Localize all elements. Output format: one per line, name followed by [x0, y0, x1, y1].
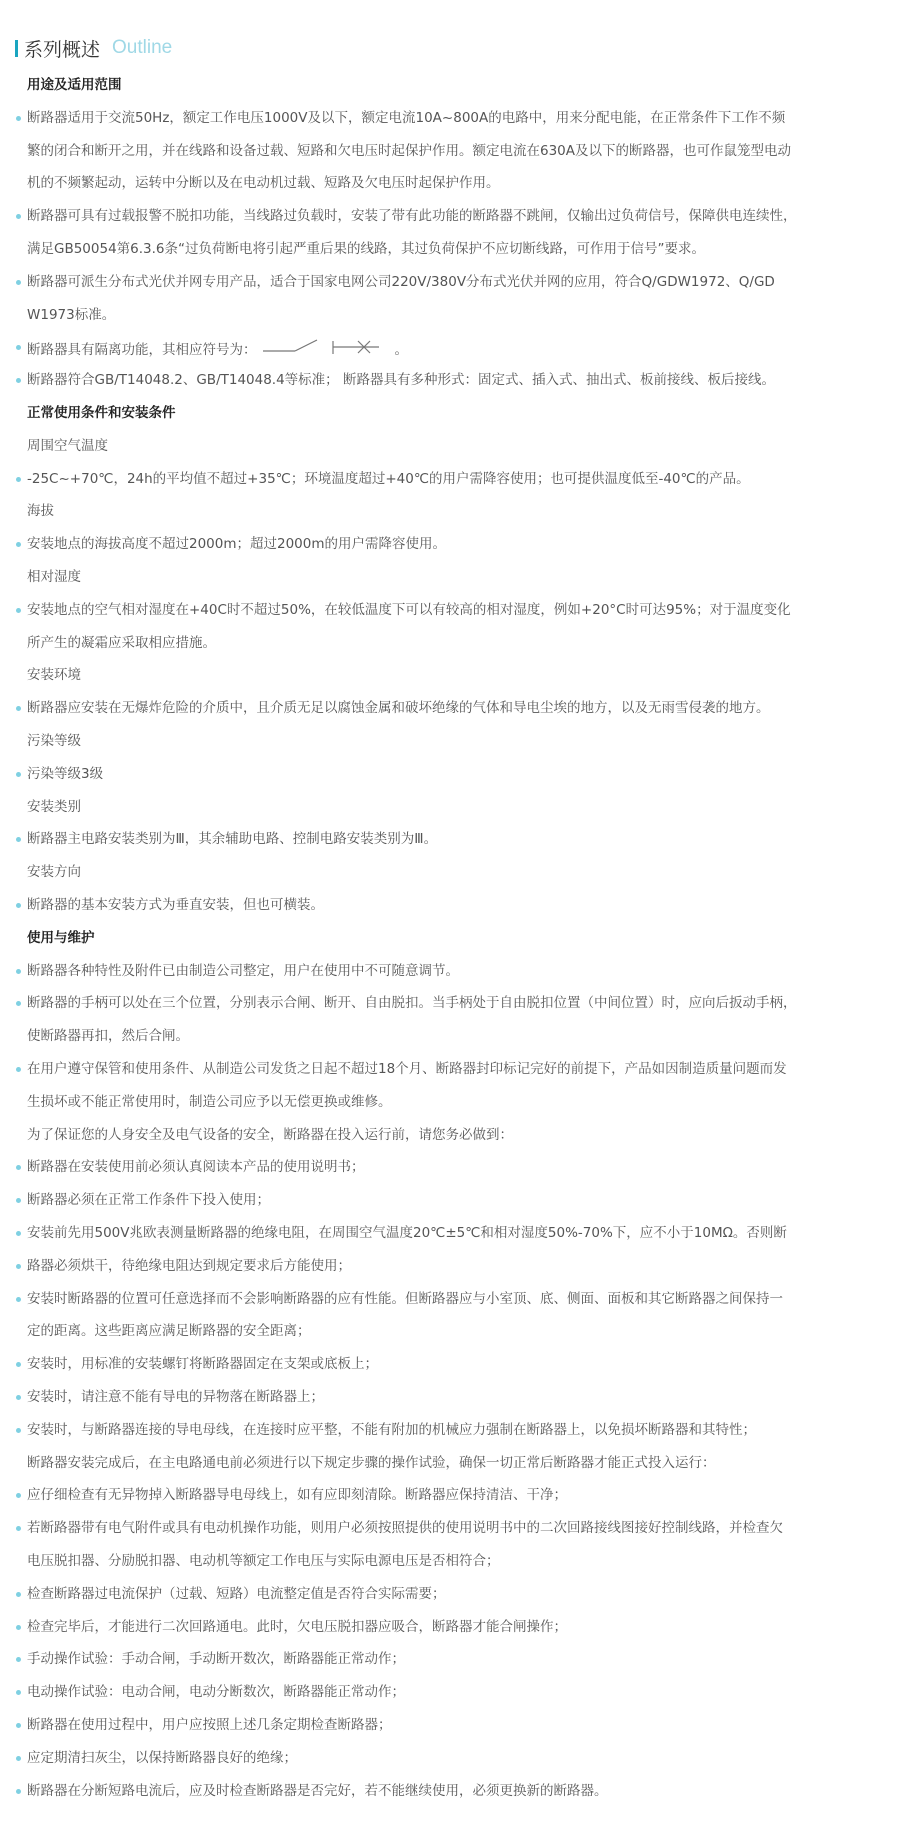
- bullet-item: 安装前先用500V兆欧表测量断路器的绝缘电阻，在周围空气温度20℃±5℃和相对湿…: [27, 1223, 847, 1243]
- bullet-item: 断路器可派生分布式光伏并网专用产品，适合于国家电网公司220V/380V分布式光…: [27, 272, 847, 292]
- section-heading: 使用与维护: [27, 928, 847, 948]
- bullet-item: 检查完毕后，才能进行二次回路通电。此时，欠电压脱扣器应吸合，断路器才能合闸操作；: [27, 1617, 847, 1637]
- title-accent-bar: [15, 40, 18, 57]
- bullet-continuation: 生损坏或不能正常使用时，制造公司应予以无偿更换或维修。: [27, 1092, 847, 1112]
- bullet-item: 应仔细检查有无异物掉入断路器导电母线上，如有应即刻清除。断路器应保持清洁、干净；: [27, 1485, 847, 1505]
- section-heading: 正常使用条件和安装条件: [27, 403, 847, 423]
- bullet-item: 断路器在分断短路电流后，应及时检查断路器是否完好，若不能继续使用，必须更换新的断…: [27, 1781, 847, 1801]
- bullet-continuation: 机的不频繁起动，运转中分断以及在电动机过载、短路及欠电压时起保护作用。: [27, 173, 847, 193]
- section-title: 系列概述 Outline: [15, 36, 172, 60]
- subheading-text: 为了保证您的人身安全及电气设备的安全，断路器在投入运行前，请您务必做到：: [27, 1125, 847, 1145]
- bullet-continuation: 定的距离。这些距离应满足断路器的安全距离；: [27, 1321, 847, 1341]
- subheading-text: 断路器安装完成后，在主电路通电前必须进行以下规定步骤的操作试验，确保一切正常后断…: [27, 1453, 847, 1473]
- title-chinese: 系列概述: [24, 35, 100, 62]
- subheading-text: 安装环境: [27, 665, 847, 685]
- bullet-item: 断路器的基本安装方式为垂直安装，但也可横装。: [27, 895, 847, 915]
- bullet-continuation: 满足GB50054第6.3.6条“过负荷断电将引起严重后果的线路，其过负荷保护不…: [27, 239, 847, 259]
- bullet-item: 电动操作试验：电动合闸，电动分断数次，断路器能正常动作；: [27, 1682, 847, 1702]
- section-heading: 用途及适用范围: [27, 75, 847, 95]
- bullet-item: 断路器具有隔离功能，其相应符号为：。: [27, 337, 847, 357]
- title-english: Outline: [112, 37, 172, 59]
- bullet-item: 安装时，用标准的安装螺钉将断路器固定在支架或底板上；: [27, 1354, 847, 1374]
- bullet-suffix: 。: [395, 342, 409, 358]
- bullet-item: 安装时，与断路器连接的导电母线，在连接时应平整，不能有附加的机械应力强制在断路器…: [27, 1420, 847, 1440]
- bullet-item: 路器必须烘干，待绝缘电阻达到规定要求后方能使用；: [27, 1256, 847, 1276]
- bullet-item: 安装地点的海拔高度不超过2000m；超过2000m的用户需降容使用。: [27, 534, 847, 554]
- bullet-item: 应定期清扫灰尘，以保持断路器良好的绝缘；: [27, 1748, 847, 1768]
- bullet-item: 断路器可具有过载报警不脱扣功能，当线路过负载时，安装了带有此功能的断路器不跳闸，…: [27, 206, 847, 226]
- subheading-text: 安装方向: [27, 862, 847, 882]
- bullet-item: 安装时断路器的位置可任意选择而不会影响断路器的应有性能。但断路器应与小室顶、底、…: [27, 1289, 847, 1309]
- bullet-item: 安装地点的空气相对湿度在+40C时不超过50%，在较低温度下可以有较高的相对湿度…: [27, 600, 847, 620]
- bullet-item: 断路器在使用过程中，用户应按照上述几条定期检查断路器；: [27, 1715, 847, 1735]
- bullet-item: 手动操作试验：手动合闸，手动断开数次，断路器能正常动作；: [27, 1649, 847, 1669]
- bullet-item: 安装时，请注意不能有导电的异物落在断路器上；: [27, 1387, 847, 1407]
- bullet-continuation: 所产生的凝霜应采取相应措施。: [27, 633, 847, 653]
- isolation-symbol-icon: [261, 337, 391, 363]
- bullet-continuation: W1973标准。: [27, 305, 847, 325]
- bullet-item: 断路器的手柄可以处在三个位置，分别表示合闸、断开、自由脱扣。当手柄处于自由脱扣位…: [27, 993, 847, 1013]
- bullet-item: 断路器符合GB/T14048.2、GB/T14048.4等标准； 断路器具有多种…: [27, 370, 847, 390]
- bullet-item: 断路器在安装使用前必须认真阅读本产品的使用说明书；: [27, 1157, 847, 1177]
- bullet-item: 断路器应安装在无爆炸危险的介质中，且介质无足以腐蚀金属和破坏绝缘的气体和导电尘埃…: [27, 698, 847, 718]
- bullet-item: 检查断路器过电流保护（过载、短路）电流整定值是否符合实际需要；: [27, 1584, 847, 1604]
- subheading-text: 海拔: [27, 501, 847, 521]
- bullet-continuation: 繁的闭合和断开之用，并在线路和设备过载、短路和欠电压时起保护作用。额定电流在63…: [27, 141, 847, 161]
- bullet-item: 断路器适用于交流50Hz，额定工作电压1000V及以下，额定电流10A~800A…: [27, 108, 847, 128]
- bullet-item: -25C~+70℃，24h的平均值不超过+35℃；环境温度超过+40℃的用户需降…: [27, 469, 847, 489]
- bullet-continuation: 使断路器再扣，然后合闸。: [27, 1026, 847, 1046]
- bullet-item: 断路器必须在正常工作条件下投入使用；: [27, 1190, 847, 1210]
- bullet-continuation: 电压脱扣器、分励脱扣器、电动机等额定工作电压与实际电源电压是否相符合；: [27, 1551, 847, 1571]
- subheading-text: 周围空气温度: [27, 436, 847, 456]
- subheading-text: 相对湿度: [27, 567, 847, 587]
- bullet-item: 若断路器带有电气附件或具有电动机操作功能，则用户必须按照提供的使用说明书中的二次…: [27, 1518, 847, 1538]
- bullet-item: 在用户遵守保管和使用条件、从制造公司发货之日起不超过18个月、断路器封印标记完好…: [27, 1059, 847, 1079]
- bullet-item: 污染等级3级: [27, 764, 847, 784]
- bullet-text: 断路器具有隔离功能，其相应符号为：: [27, 342, 257, 358]
- bullet-item: 断路器各种特性及附件已由制造公司整定，用户在使用中不可随意调节。: [27, 961, 847, 981]
- bullet-item: 断路器主电路安装类别为Ⅲ，其余辅助电路、控制电路安装类别为Ⅲ。: [27, 829, 847, 849]
- subheading-text: 安装类别: [27, 797, 847, 817]
- subheading-text: 污染等级: [27, 731, 847, 751]
